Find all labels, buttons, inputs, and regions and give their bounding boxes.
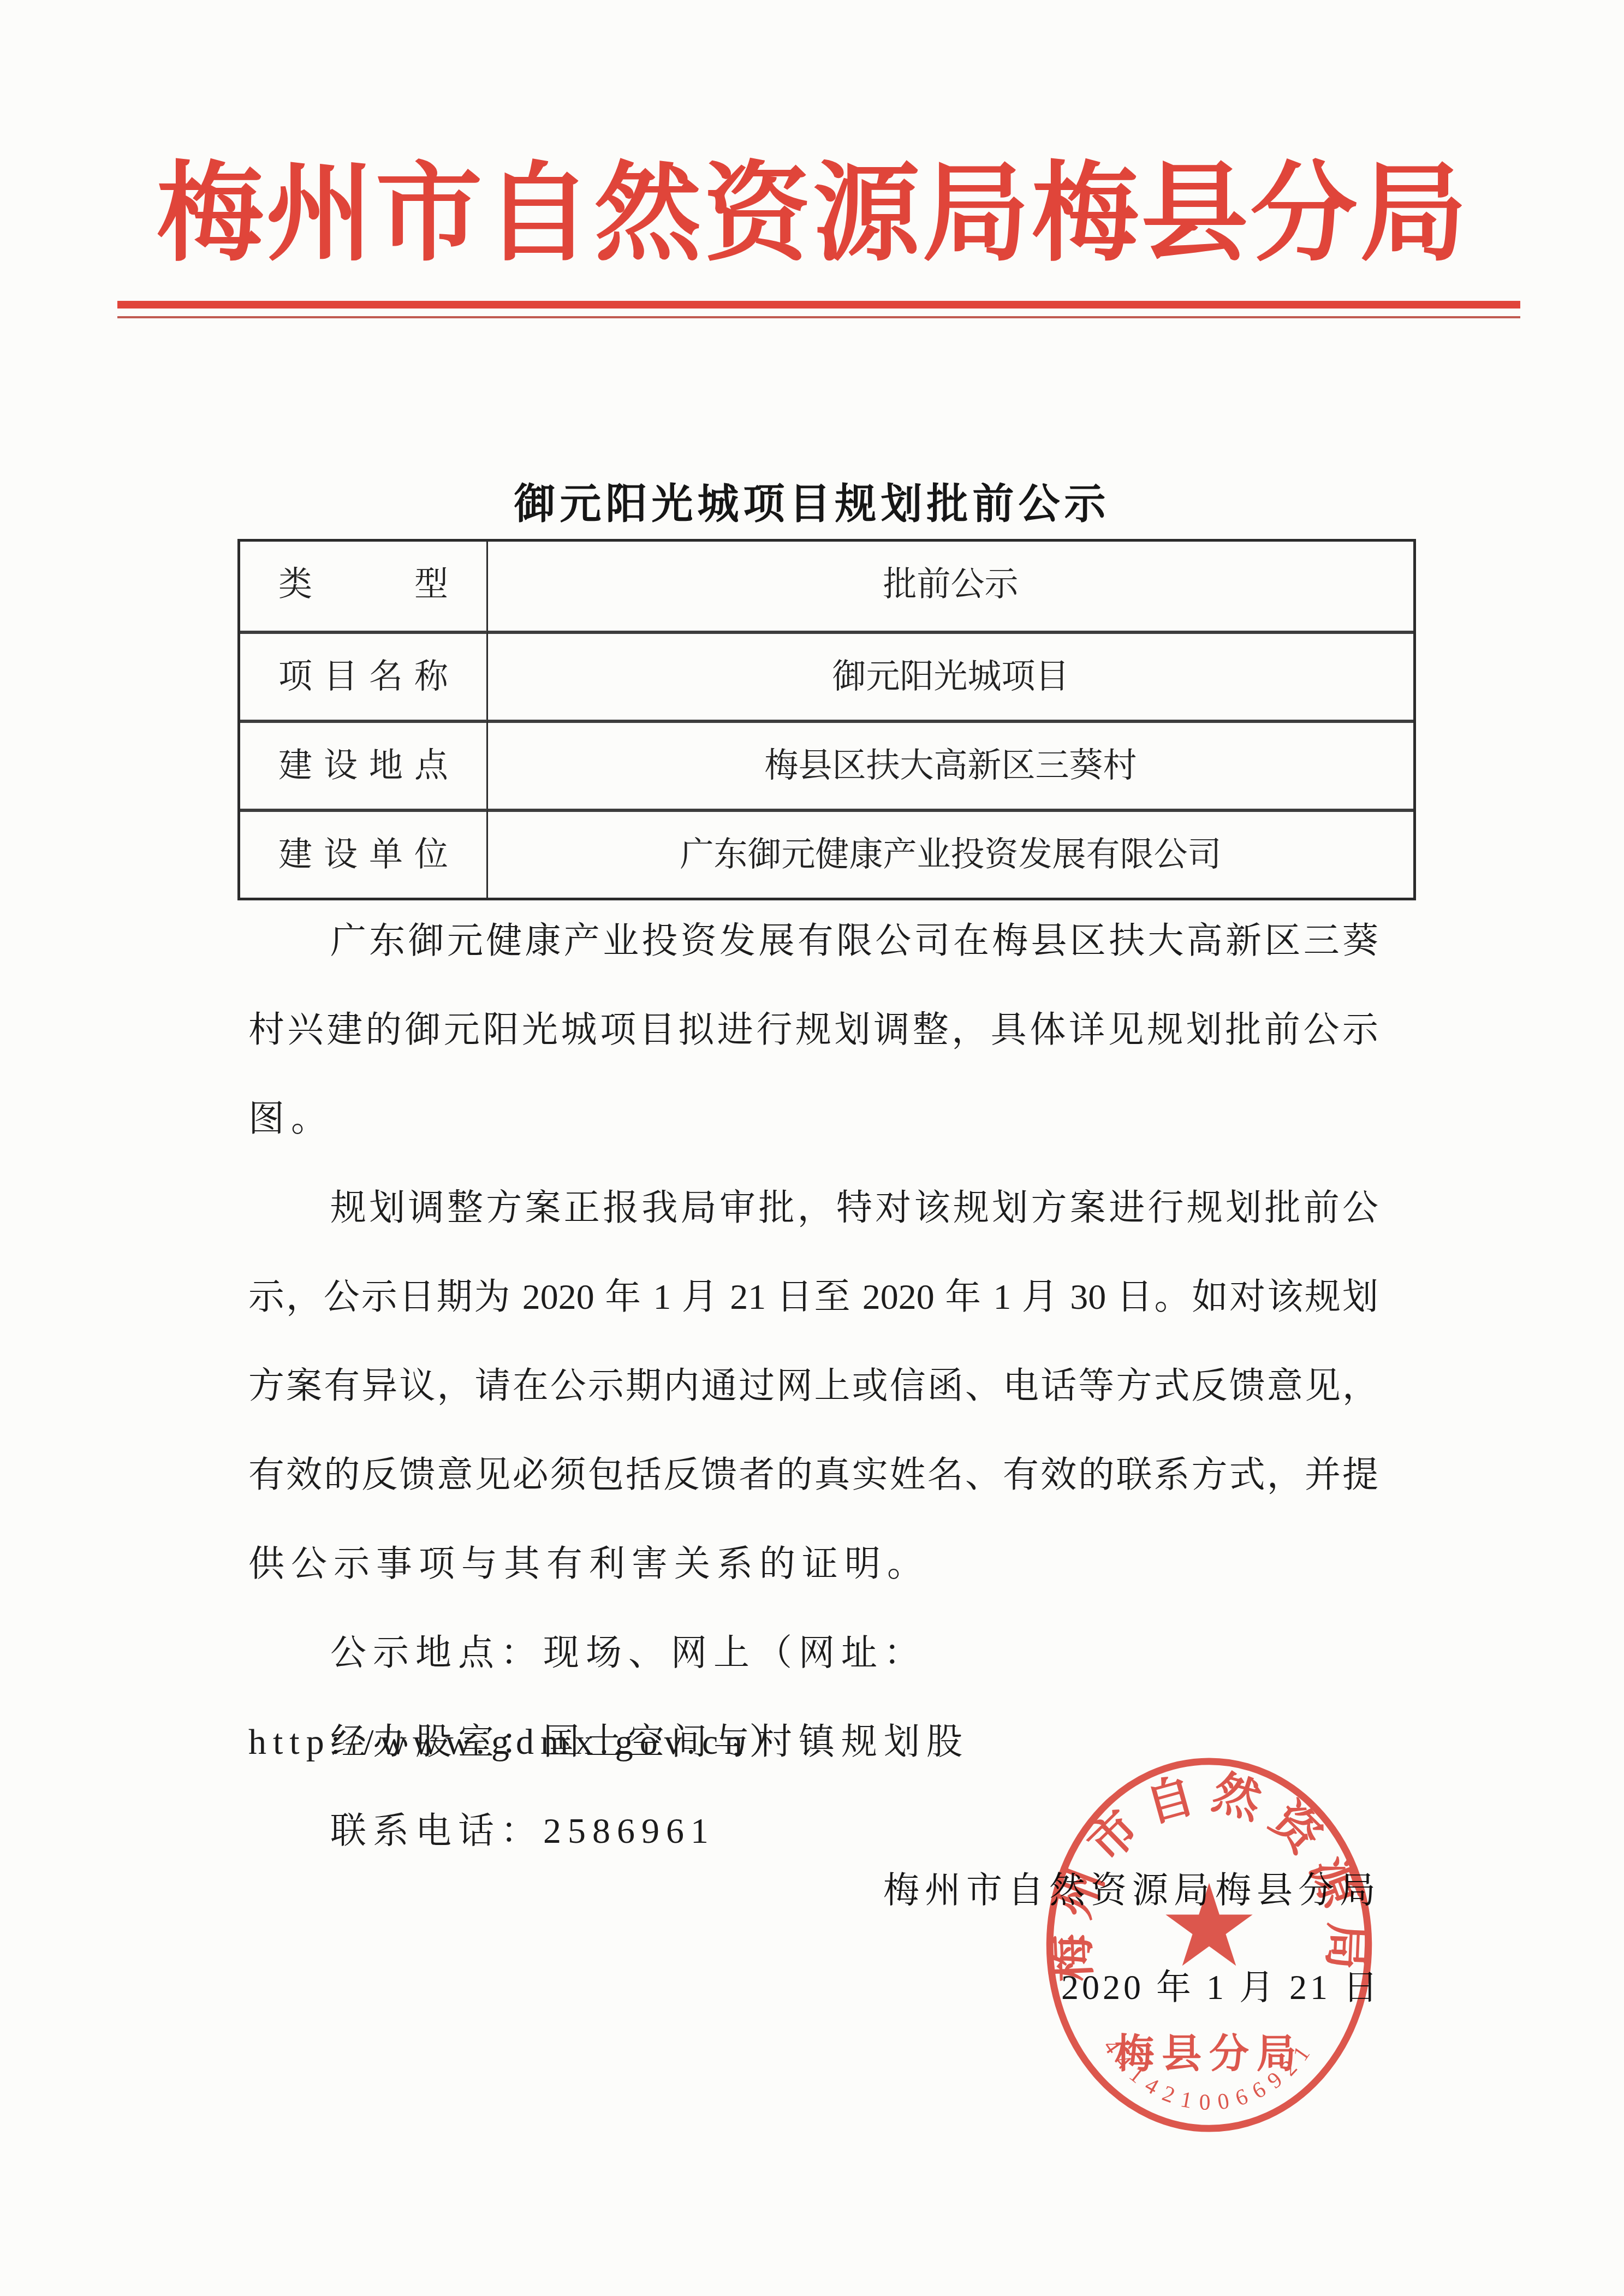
body-line-2: 村兴建的御元阳光城项目拟进行规划调整，具体详见规划批前公示 <box>248 986 1378 1075</box>
body-line-6: 方案有异议，请在公示期内通过网上或信函、电话等方式反馈意见， <box>248 1342 1378 1431</box>
letterhead-char: 县 <box>1141 161 1248 268</box>
body-line-3: 图。 <box>248 1075 1378 1164</box>
svg-text:梅州市自然资源局: 梅州市自然资源局 <box>1045 1766 1373 1983</box>
table-value-project: 御元阳光城项目 <box>488 631 1413 720</box>
body-line-1: 广东御元健康产业投资发展有限公司在梅县区扶大高新区三葵 <box>248 897 1378 986</box>
official-seal: 梅州市自然资源局 梅县分局 4414210066921 <box>1040 1754 1378 2136</box>
body-line-4: 规划调整方案正报我局审批，特对该规划方案进行规划批前公 <box>248 1164 1378 1253</box>
letterhead-char: 然 <box>594 161 701 268</box>
letterhead-rule-thick <box>117 301 1520 308</box>
table-label-builder: 建设单位 <box>240 809 488 898</box>
document-title: 御元阳光城项目规划批前公示 <box>0 471 1624 530</box>
body-line-5: 示，公示日期为 2020 年 1 月 21 日至 2020 年 1 月 30 日… <box>248 1253 1378 1342</box>
letterhead-char: 源 <box>813 161 920 268</box>
letterhead-char: 局 <box>923 161 1030 268</box>
letterhead-char: 自 <box>485 161 592 268</box>
table-label-location: 建设地点 <box>240 720 488 809</box>
letterhead-char: 局 <box>1360 161 1467 268</box>
table-label-project: 项目名称 <box>240 631 488 720</box>
letterhead-char: 资 <box>704 161 811 268</box>
notice-location-line: 公示地点：现场、网上（网址：http://www.gdmx.gov.cn） <box>248 1609 1378 1698</box>
body-line-8: 供公示事项与其有利害关系的证明。 <box>248 1520 1378 1609</box>
letterhead-char: 州 <box>266 161 373 268</box>
letterhead-char: 市 <box>376 161 483 268</box>
letterhead-char: 梅 <box>157 161 264 268</box>
table-value-location: 梅县区扶大高新区三葵村 <box>488 720 1413 809</box>
letterhead-char: 梅 <box>1032 161 1139 268</box>
table-value-builder: 广东御元健康产业投资发展有限公司 <box>488 809 1413 898</box>
table-value-type: 批前公示 <box>488 542 1413 631</box>
letterhead-rule-thin <box>117 316 1520 318</box>
document-page: 梅州市自然资源局梅县分局 御元阳光城项目规划批前公示 类型 批前公示 项目名称 … <box>0 0 1624 2296</box>
document-body: 广东御元健康产业投资发展有限公司在梅县区扶大高新区三葵 村兴建的御元阳光城项目拟… <box>248 897 1378 1876</box>
seal-arc-text: 梅州市自然资源局 <box>1045 1766 1373 1983</box>
agency-letterhead: 梅州市自然资源局梅县分局 <box>157 146 1467 283</box>
table-label-type: 类型 <box>240 542 488 631</box>
body-line-7: 有效的反馈意见必须包括反馈者的真实姓名、有效的联系方式，并提 <box>248 1431 1378 1520</box>
info-table: 类型 批前公示 项目名称 御元阳光城项目 建设地点 梅县区扶大高新区三葵村 建设… <box>237 539 1416 900</box>
letterhead-char: 分 <box>1251 161 1358 268</box>
star-icon <box>1165 1883 1252 1966</box>
